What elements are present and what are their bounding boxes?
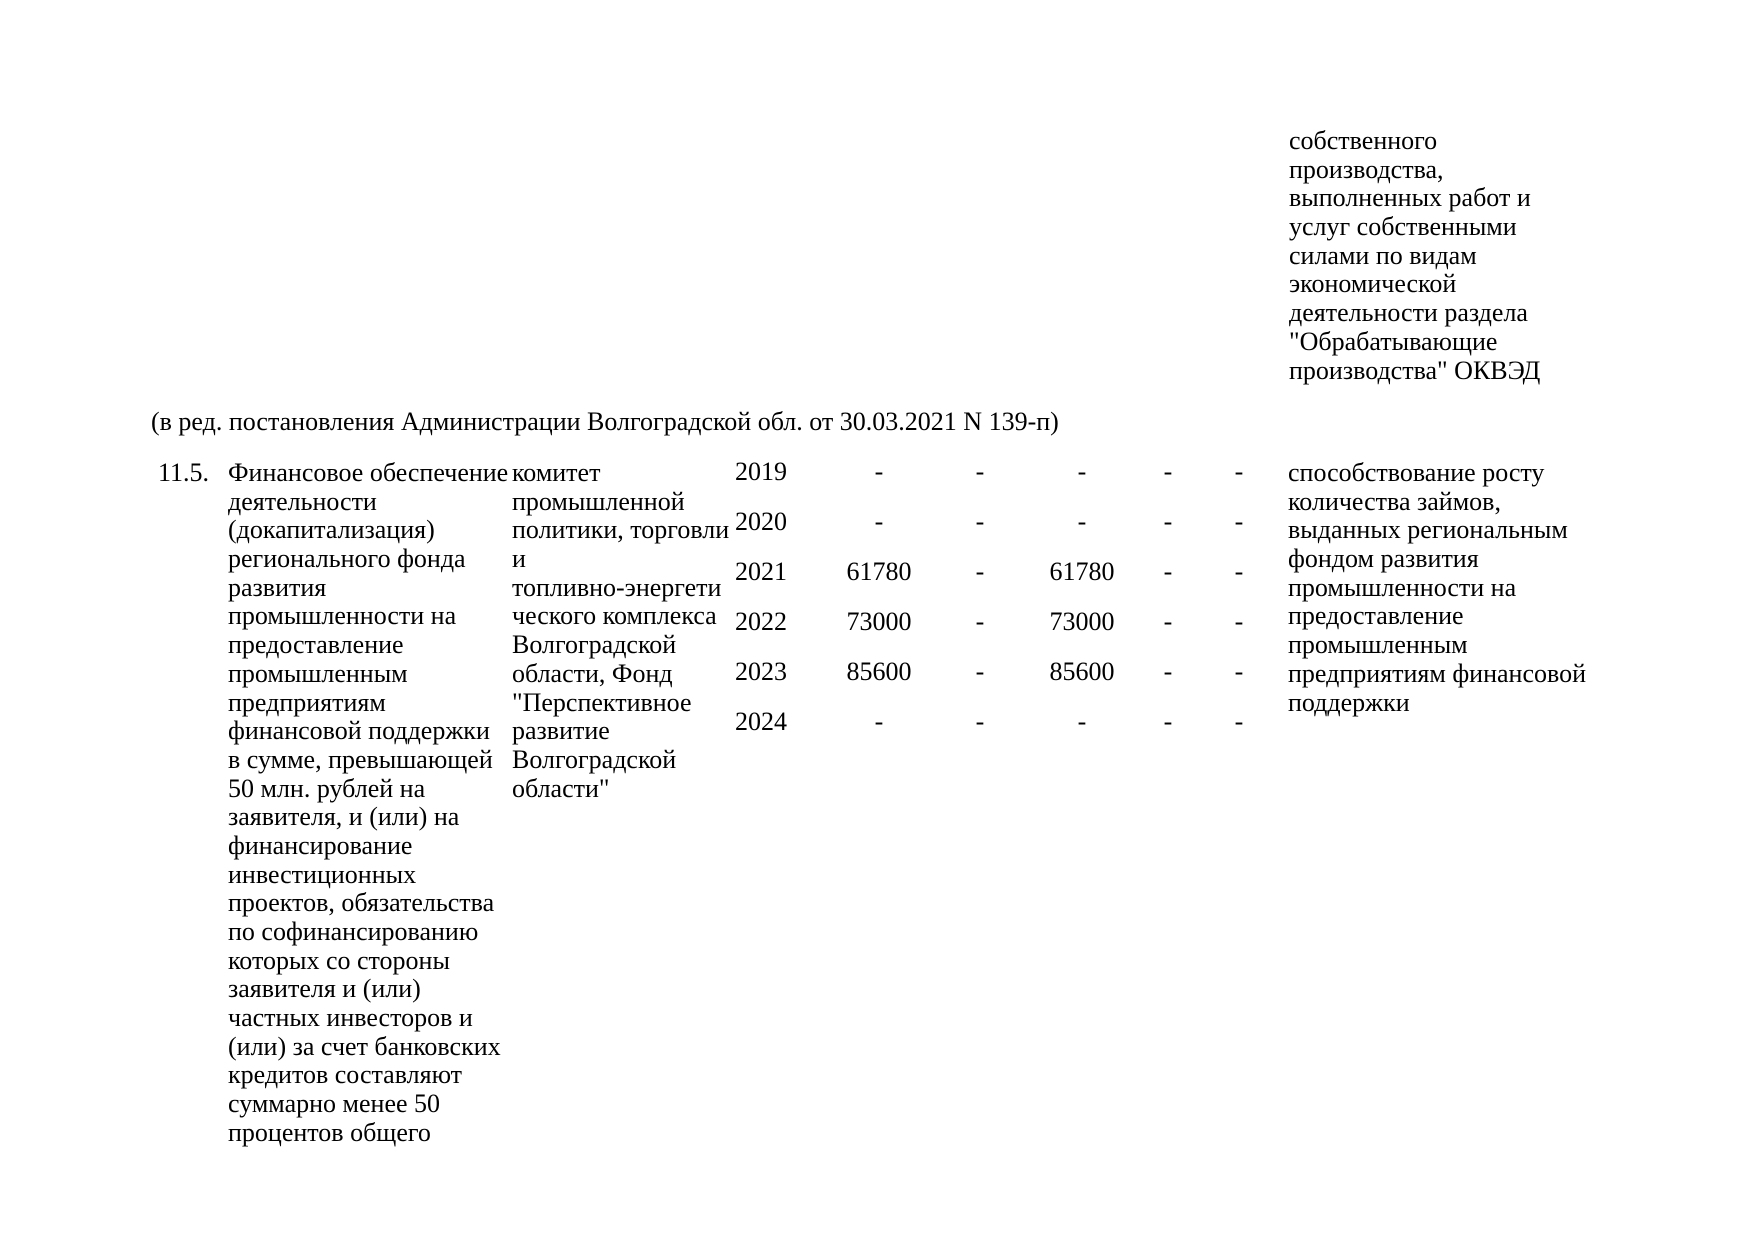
funding-local: -: [1164, 508, 1173, 537]
text-line: Волгоградской: [512, 746, 729, 775]
row-number: 11.5.: [158, 459, 209, 488]
funding-local: -: [1164, 608, 1173, 637]
text-line: политики, торговли: [512, 516, 729, 545]
text-line: заявителя, и (или) на: [228, 803, 508, 832]
text-line: которых со стороны: [228, 947, 508, 976]
funding-federal: -: [976, 508, 985, 537]
text-line: предприятиям финансовой: [1288, 660, 1586, 689]
funding-year: 2022: [735, 608, 787, 637]
funding-regional: 85600: [1050, 658, 1115, 687]
funding-federal: -: [976, 558, 985, 587]
text-line: промышленным: [1288, 631, 1586, 660]
funding-extra: -: [1235, 558, 1244, 587]
funding-federal: -: [976, 608, 985, 637]
previous-row-indicator-text: собственногопроизводства,выполненных раб…: [1289, 127, 1540, 385]
document-page: собственногопроизводства,выполненных раб…: [0, 0, 1754, 1240]
text-line: суммарно менее 50: [228, 1090, 508, 1119]
text-line: 50 млн. рублей на: [228, 775, 508, 804]
funding-extra: -: [1235, 508, 1244, 537]
funding-total: -: [875, 508, 884, 537]
expected-result: способствование ростуколичества займов,в…: [1288, 459, 1586, 717]
text-line: кредитов составляют: [228, 1061, 508, 1090]
funding-extra: -: [1235, 458, 1244, 487]
text-line: процентов общего: [228, 1119, 508, 1148]
funding-total: -: [875, 708, 884, 737]
funding-regional: 61780: [1050, 558, 1115, 587]
text-line: силами по видам: [1289, 242, 1540, 271]
funding-year: 2023: [735, 658, 787, 687]
text-line: предоставление: [1288, 602, 1586, 631]
text-line: экономической: [1289, 270, 1540, 299]
funding-local: -: [1164, 658, 1173, 687]
measure-description: Финансовое обеспечениедеятельности(докап…: [228, 459, 508, 1148]
text-line: деятельности раздела: [1289, 299, 1540, 328]
funding-extra: -: [1235, 608, 1244, 637]
text-line: развитие: [512, 717, 729, 746]
text-line: по софинансированию: [228, 918, 508, 947]
funding-year: 2019: [735, 458, 787, 487]
funding-year: 2021: [735, 558, 787, 587]
funding-year: 2024: [735, 708, 787, 737]
text-line: "Перспективное: [512, 689, 729, 718]
funding-local: -: [1164, 558, 1173, 587]
funding-extra: -: [1235, 708, 1244, 737]
funding-local: -: [1164, 708, 1173, 737]
text-line: комитет: [512, 459, 729, 488]
funding-federal: -: [976, 458, 985, 487]
text-line: области": [512, 775, 729, 804]
text-line: финансирование: [228, 832, 508, 861]
text-line: финансовой поддержки: [228, 717, 508, 746]
funding-year: 2020: [735, 508, 787, 537]
text-line: способствование росту: [1288, 459, 1586, 488]
text-line: и: [512, 545, 729, 574]
text-line: ческого комплекса: [512, 602, 729, 631]
text-line: (докапитализация): [228, 516, 508, 545]
text-line: услуг собственными: [1289, 213, 1540, 242]
funding-regional: -: [1078, 508, 1087, 537]
text-line: Финансовое обеспечение: [228, 459, 508, 488]
funding-local: -: [1164, 458, 1173, 487]
text-line: производства" ОКВЭД: [1289, 357, 1540, 386]
text-line: промышленности на: [228, 602, 508, 631]
funding-regional: 73000: [1050, 608, 1115, 637]
text-line: проектов, обязательства: [228, 889, 508, 918]
funding-total: 61780: [847, 558, 912, 587]
funding-total: -: [875, 458, 884, 487]
funding-regional: -: [1078, 458, 1087, 487]
funding-extra: -: [1235, 658, 1244, 687]
text-line: предприятиям: [228, 689, 508, 718]
text-line: количества займов,: [1288, 488, 1586, 517]
funding-total: 73000: [847, 608, 912, 637]
text-line: производства,: [1289, 156, 1540, 185]
text-line: поддержки: [1288, 689, 1586, 718]
text-line: области, Фонд: [512, 660, 729, 689]
text-line: развития: [228, 574, 508, 603]
responsible-executor: комитетпромышленнойполитики, торговлиито…: [512, 459, 729, 803]
text-line: промышленной: [512, 488, 729, 517]
funding-federal: -: [976, 708, 985, 737]
funding-federal: -: [976, 658, 985, 687]
text-line: промышленным: [228, 660, 508, 689]
text-line: частных инвесторов и: [228, 1004, 508, 1033]
text-line: фондом развития: [1288, 545, 1586, 574]
text-line: промышленности на: [1288, 574, 1586, 603]
funding-regional: -: [1078, 708, 1087, 737]
text-line: выполненных работ и: [1289, 184, 1540, 213]
text-line: собственного: [1289, 127, 1540, 156]
text-line: инвестиционных: [228, 861, 508, 890]
text-line: топливно-энергети: [512, 574, 729, 603]
text-line: выданных региональным: [1288, 516, 1586, 545]
text-line: в сумме, превышающей: [228, 746, 508, 775]
amendment-note: (в ред. постановления Администрации Волг…: [151, 408, 1059, 437]
funding-total: 85600: [847, 658, 912, 687]
text-line: регионального фонда: [228, 545, 508, 574]
text-line: предоставление: [228, 631, 508, 660]
text-line: заявителя и (или): [228, 975, 508, 1004]
text-line: (или) за счет банковских: [228, 1033, 508, 1062]
text-line: Волгоградской: [512, 631, 729, 660]
text-line: деятельности: [228, 488, 508, 517]
text-line: "Обрабатывающие: [1289, 328, 1540, 357]
